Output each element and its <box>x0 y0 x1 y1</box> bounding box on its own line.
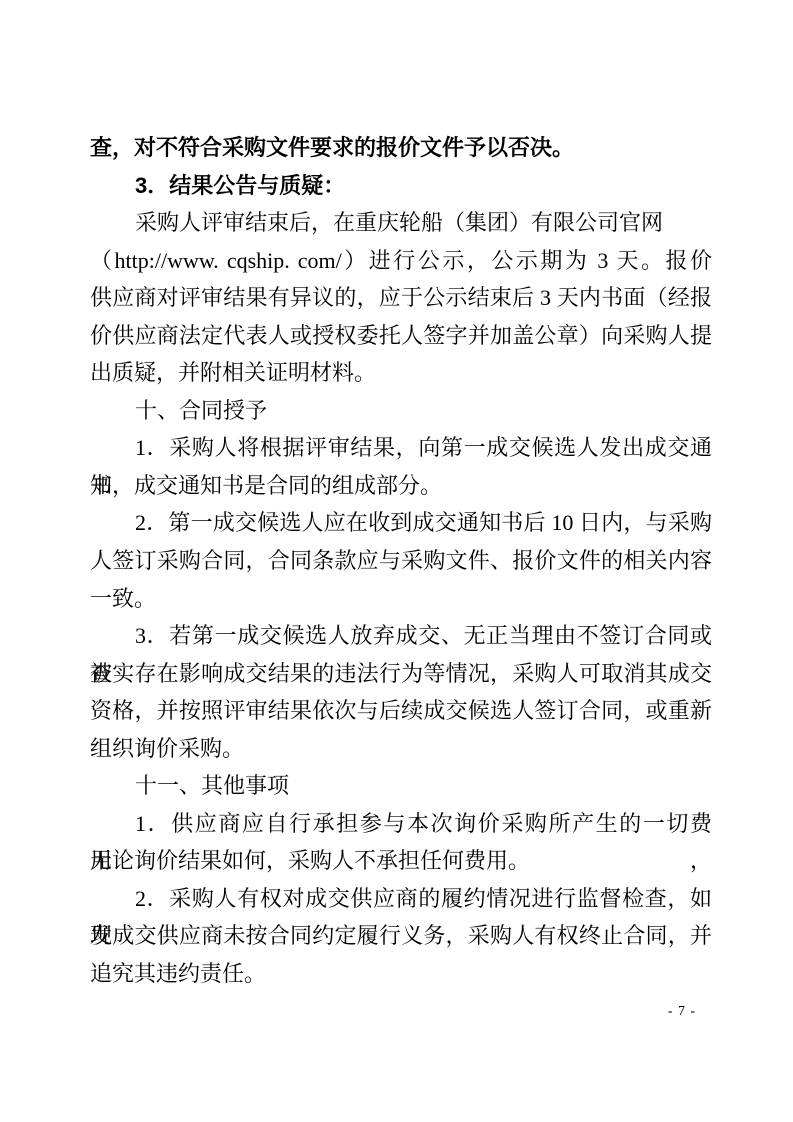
text-line: 2．采购人有权对成交供应商的履约情况进行监督检查，如发 <box>90 880 712 918</box>
text-line: 3．若第一成交候选人放弃成交、无正当理由不签订合同或被 <box>90 617 712 655</box>
text-line: 查，对不符合采购文件要求的报价文件予以否决。 <box>90 129 712 167</box>
text-line: 资格，并按照评审结果依次与后续成交候选人签订合同，或重新 <box>90 692 712 730</box>
text-line: 1．采购人将根据评审结果，向第一成交候选人发出成交通知 <box>90 429 712 467</box>
text-line: 追究其违约责任。 <box>90 955 712 993</box>
text-line: 出质疑，并附相关证明材料。 <box>90 354 712 392</box>
text-line: 3．结果公告与质疑： <box>90 167 712 205</box>
text-line: 2．第一成交候选人应在收到成交通知书后 10 日内，与采购 <box>90 504 712 542</box>
text-line: 现成交供应商未按合同约定履行义务，采购人有权终止合同，并 <box>90 917 712 955</box>
text-line: 价供应商法定代表人或授权委托人签字并加盖公章）向采购人提 <box>90 317 712 355</box>
document-body: 查，对不符合采购文件要求的报价文件予以否决。3．结果公告与质疑：采购人评审结束后… <box>90 129 712 993</box>
document-page: { "page": { "footer": { "page_number": "… <box>0 0 793 1122</box>
text-line: 书，成交通知书是合同的组成部分。 <box>90 467 712 505</box>
text-line: 查实存在影响成交结果的违法行为等情况，采购人可取消其成交 <box>90 655 712 693</box>
text-line: 一致。 <box>90 580 712 618</box>
text-line: 十、合同授予 <box>90 392 712 430</box>
page-number: - 7 - <box>646 1004 718 1020</box>
text-line: 人签订采购合同，合同条款应与采购文件、报价文件的相关内容 <box>90 542 712 580</box>
text-line: 1．供应商应自行承担参与本次询价采购所产生的一切费用， <box>90 805 712 843</box>
text-line: 供应商对评审结果有异议的，应于公示结束后 3 天内书面（经报 <box>90 279 712 317</box>
text-line: 组织询价采购。 <box>90 730 712 768</box>
text-line: （http://www. cqship. com/）进行公示，公示期为 3 天。… <box>90 242 712 280</box>
text-line: 十一、其他事项 <box>90 767 712 805</box>
text-line: 采购人评审结束后，在重庆轮船（集团）有限公司官网 <box>90 204 712 242</box>
